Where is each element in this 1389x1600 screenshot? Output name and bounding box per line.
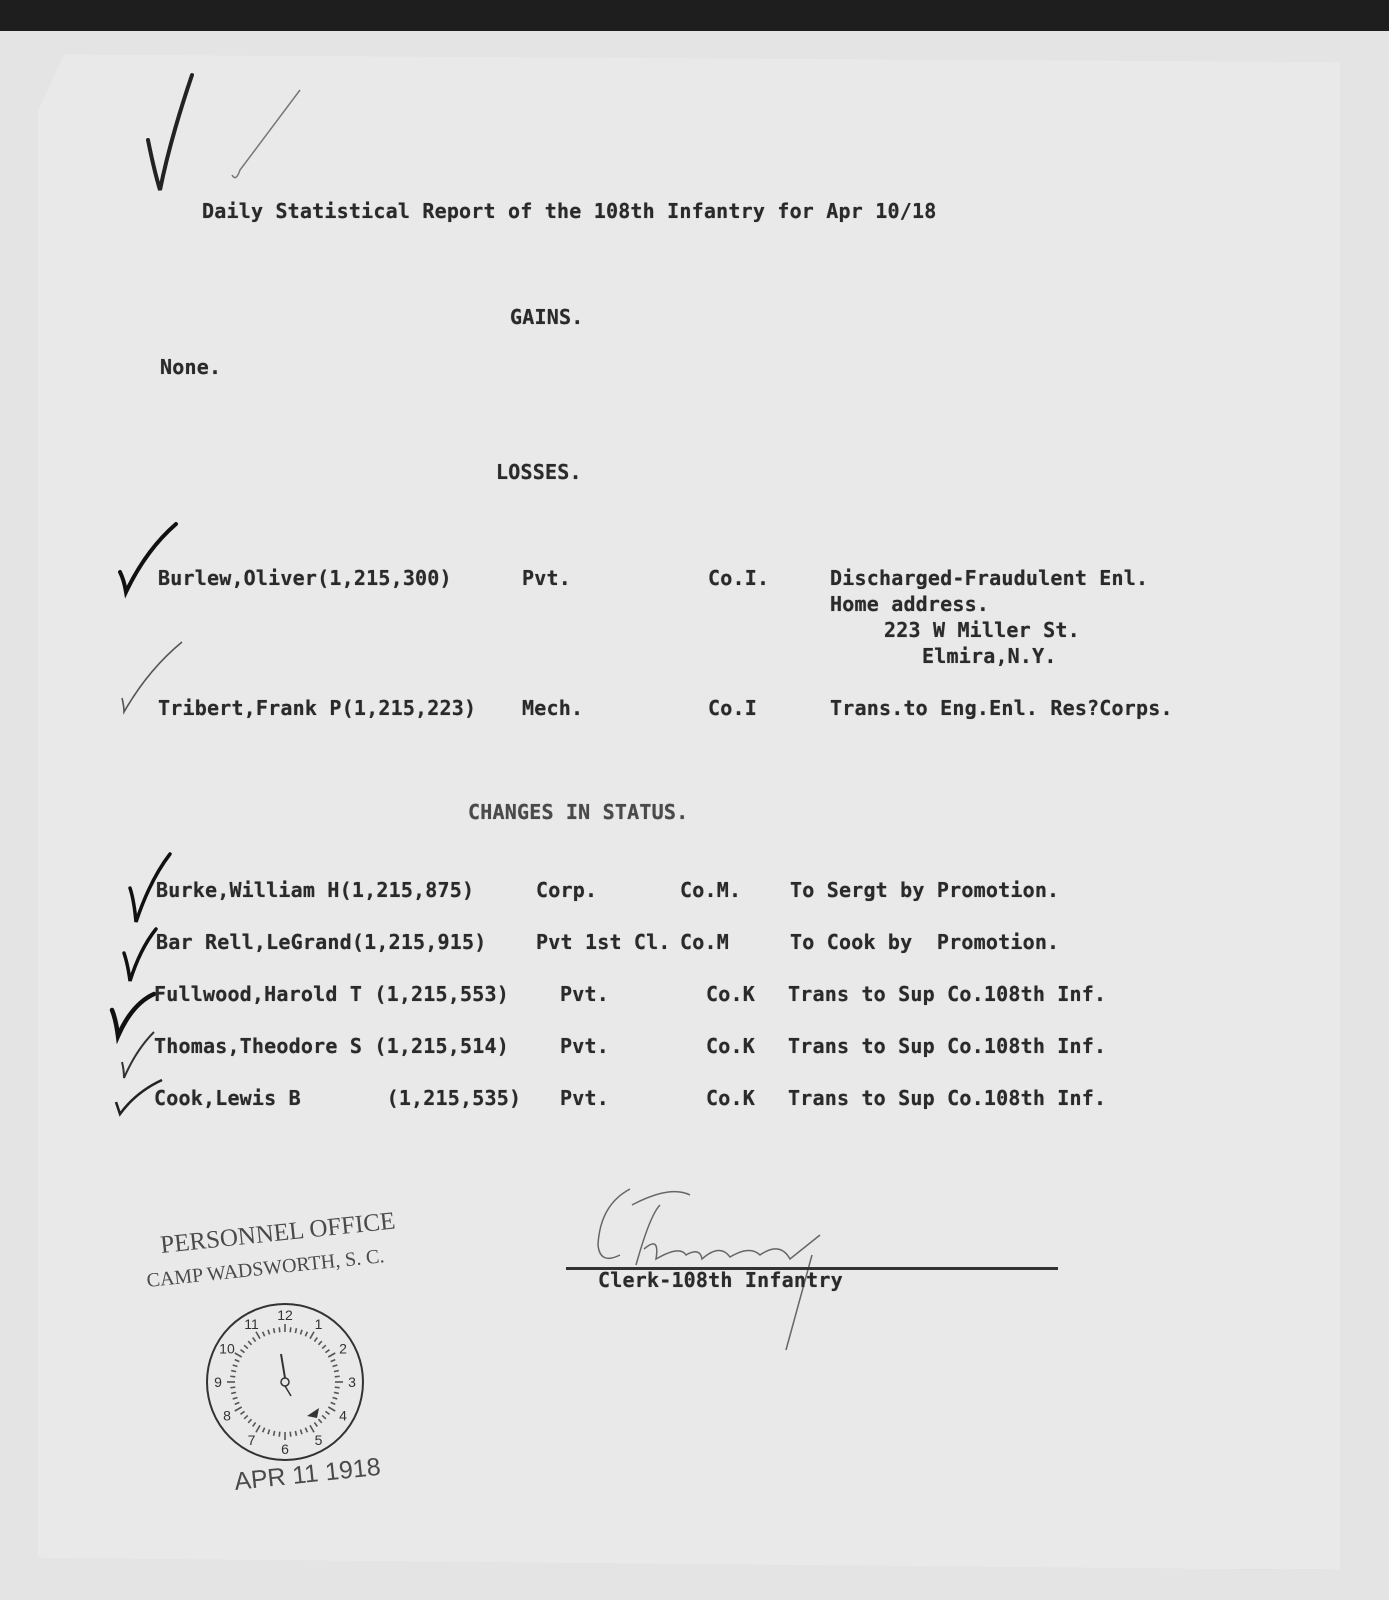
remarks: Trans to Sup Co.108th Inf. — [788, 1034, 1106, 1058]
losses-heading: LOSSES. — [496, 460, 582, 484]
svg-text:7: 7 — [248, 1432, 256, 1448]
remarks-line: Home address. — [830, 592, 989, 616]
remarks-line: Elmira,N.Y. — [922, 644, 1057, 668]
signature-title: Clerk-108th Infantry — [598, 1268, 843, 1292]
company: Co.I. — [708, 566, 769, 590]
remarks: Trans to Sup Co.108th Inf. — [788, 1086, 1106, 1110]
clock-stamp-icon: 121234567891011 — [203, 1300, 373, 1470]
remarks: To Sergt by Promotion. — [790, 878, 1059, 902]
rank: Corp. — [536, 878, 597, 902]
changes-heading: CHANGES IN STATUS. — [468, 800, 688, 824]
name-serial: Thomas,Theodore S (1,215,514) — [154, 1034, 509, 1058]
checkmark-icon — [140, 70, 340, 200]
svg-text:3: 3 — [348, 1374, 356, 1390]
rank: Mech. — [522, 696, 583, 720]
name-serial: Tribert,Frank P(1,215,223) — [158, 696, 476, 720]
company: Co.M — [680, 930, 729, 954]
company: Co.K — [706, 1034, 755, 1058]
name-serial: Fullwood,Harold T (1,215,553) — [154, 982, 509, 1006]
remarks: Trans.to Eng.Enl. Res?Corps. — [830, 696, 1173, 720]
svg-text:2: 2 — [339, 1341, 347, 1357]
name-serial: Burke,William H(1,215,875) — [156, 878, 474, 902]
svg-text:8: 8 — [223, 1408, 231, 1424]
svg-text:4: 4 — [339, 1408, 347, 1424]
rank: Pvt 1st Cl. — [536, 930, 671, 954]
rank: Pvt. — [560, 1034, 609, 1058]
gains-none: None. — [160, 355, 221, 379]
remarks: To Cook by Promotion. — [790, 930, 1059, 954]
report-title: Daily Statistical Report of the 108th In… — [202, 199, 936, 223]
svg-text:11: 11 — [244, 1316, 259, 1332]
name-serial: Burlew,Oliver(1,215,300) — [158, 566, 452, 590]
company: Co.K — [706, 982, 755, 1006]
svg-text:10: 10 — [219, 1341, 235, 1357]
company: Co.K — [706, 1086, 755, 1110]
svg-text:9: 9 — [214, 1374, 222, 1390]
svg-text:5: 5 — [315, 1432, 323, 1448]
scanner-top-band — [0, 0, 1389, 31]
remarks-line: 223 W Miller St. — [884, 618, 1080, 642]
company: Co.I — [708, 696, 757, 720]
rank: Pvt. — [522, 566, 571, 590]
name-serial: Bar Rell,LeGrand(1,215,915) — [156, 930, 487, 954]
svg-text:1: 1 — [315, 1316, 323, 1332]
company: Co.M. — [680, 878, 741, 902]
remarks: Trans to Sup Co.108th Inf. — [788, 982, 1106, 1006]
rank: Pvt. — [560, 982, 609, 1006]
rank: Pvt. — [560, 1086, 609, 1110]
gains-heading: GAINS. — [510, 305, 583, 329]
svg-text:12: 12 — [277, 1307, 293, 1323]
name-serial: Cook,Lewis B (1,215,535) — [154, 1086, 521, 1110]
svg-text:6: 6 — [281, 1441, 289, 1457]
remarks: Discharged-Fraudulent Enl. — [830, 566, 1148, 590]
